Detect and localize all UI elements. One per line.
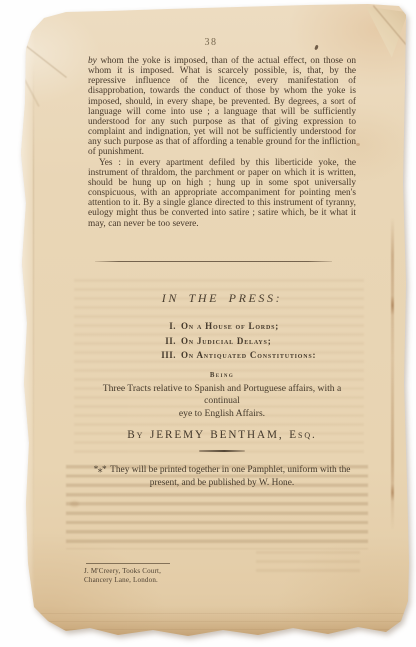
imprint-line: J. M'Creery, Tooks Court, (84, 567, 224, 576)
list-item-label: On Antiquated Constitutions: (181, 348, 316, 363)
page-bottom-deckle-edge (18, 606, 414, 644)
imprint-line: Chancery Lane, London. (84, 576, 224, 585)
publisher-note: *⁎*They will be printed together in one … (72, 464, 372, 491)
page-number: 38 (77, 37, 345, 48)
in-the-press-section: IN THE PRESS: I. On a House of Lords; II… (88, 291, 356, 490)
publisher-note-line: present, and be published by W. Hone. (72, 477, 372, 490)
list-item: II. On Judicial Delays; (88, 334, 356, 349)
author-byline: By JEREMY BENTHAM, Esq. (88, 429, 356, 441)
paragraph-2: Yes : in every apartment defiled by this… (88, 158, 356, 229)
printer-imprint: J. M'Creery, Tooks Court, Chancery Lane,… (84, 563, 224, 584)
show-through-text (256, 551, 360, 577)
publisher-note-text: They will be printed together in one Pam… (110, 465, 350, 475)
press-heading: IN THE PRESS: (88, 291, 356, 306)
list-item: I. On a House of Lords; (88, 319, 356, 334)
press-description: Three Tracts relative to Spanish and Por… (88, 383, 356, 421)
list-item: III. On Antiquated Constitutions: (88, 348, 356, 363)
being-label: Being (88, 372, 356, 379)
imprint-rule (86, 563, 170, 564)
list-item-numeral: III. (154, 348, 176, 363)
ink-speck (314, 45, 318, 51)
press-list: I. On a House of Lords; II. On Judicial … (88, 319, 356, 363)
publisher-note-line: *⁎*They will be printed together in one … (72, 464, 372, 477)
edge-stain (391, 218, 394, 530)
left-crease-line (33, 63, 34, 604)
paragraph-1-text: whom the yoke is imposed, than of the ac… (88, 56, 356, 157)
asterism-mark: *⁎* (94, 465, 107, 475)
book-page: 38 by whom the yoke is imposed, than of … (18, 3, 414, 644)
press-description-line: Three Tracts relative to Spanish and Por… (88, 383, 356, 408)
section-divider-rule (95, 261, 332, 262)
list-item-label: On Judicial Delays; (181, 334, 272, 349)
paragraph-1: by whom the yoke is imposed, than of the… (88, 56, 356, 158)
foxing-spot (356, 143, 360, 146)
press-description-line: eye to English Affairs. (88, 408, 356, 421)
dog-ear-fold (362, 3, 410, 61)
short-decorative-rule (199, 450, 245, 452)
list-item-numeral: II. (154, 334, 176, 349)
photo-background: 38 by whom the yoke is imposed, than of … (0, 0, 416, 647)
paragraph-1-lead-italic: by (88, 56, 97, 66)
list-item-label: On a House of Lords; (181, 319, 279, 334)
text-block: by whom the yoke is imposed, than of the… (88, 56, 356, 229)
list-item-numeral: I. (154, 319, 176, 334)
